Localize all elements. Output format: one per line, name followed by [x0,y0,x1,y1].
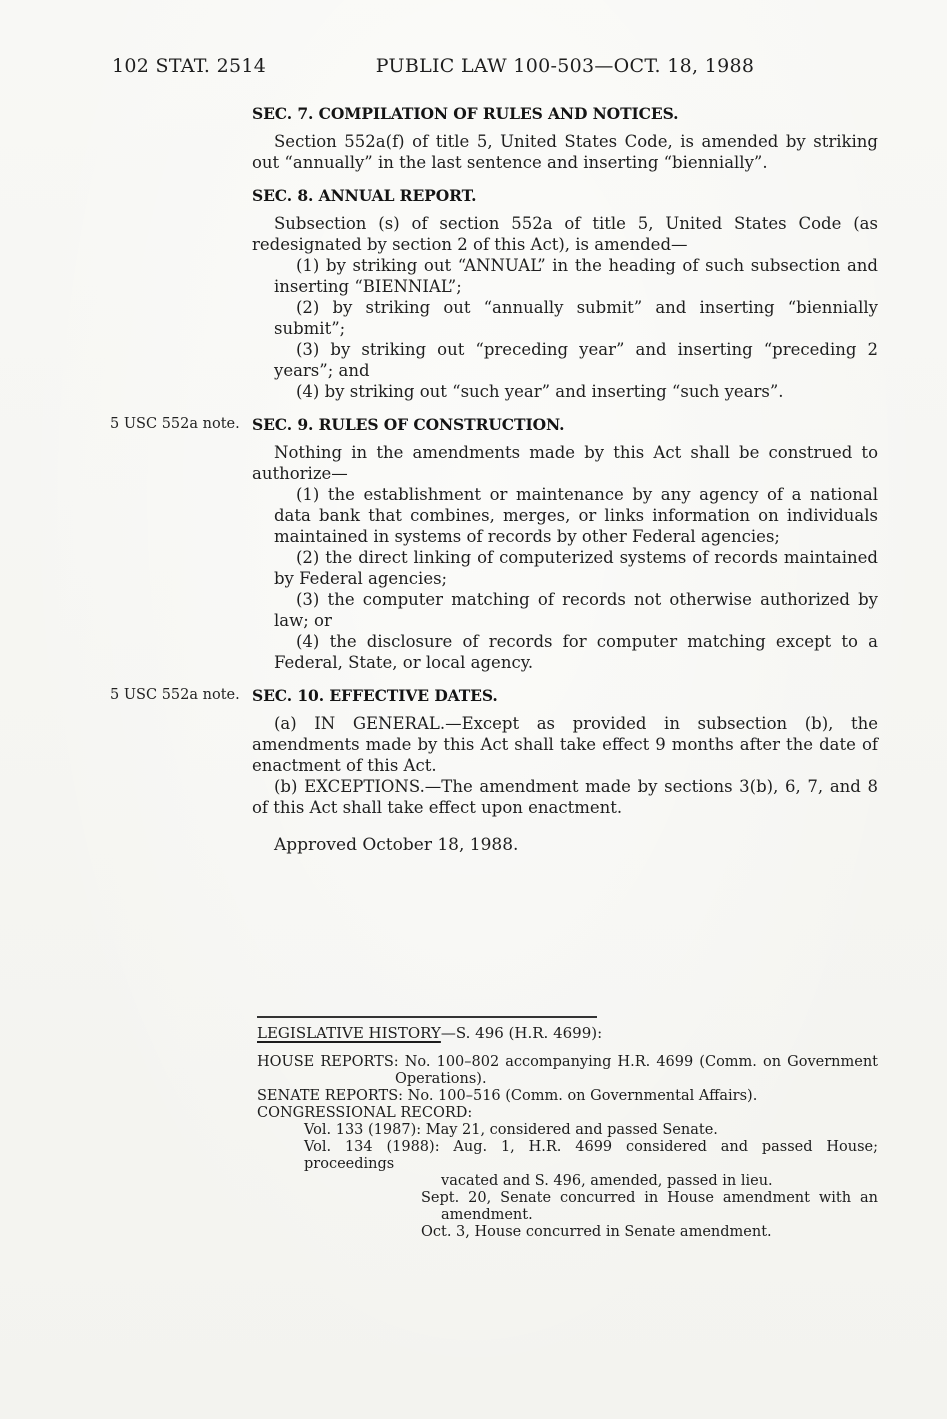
approval-line: Approved October 18, 1988. [252,835,878,855]
list-item: (3) by striking out “preceding year” and… [252,339,878,381]
section-heading: SEC. 7. COMPILATION OF RULES AND NOTICES… [252,104,678,123]
paragraph: Section 552a(f) of title 5, United State… [252,131,878,173]
paragraph: (b) EXCEPTIONS.—The amendment made by se… [252,776,878,818]
record-entry: Vol. 134 (1988): Aug. 1, H.R. 4699 consi… [257,1139,878,1173]
section-heading: SEC. 9. RULES OF CONSTRUCTION. [252,415,564,434]
usc-margin-note: 5 USC 552a note. [110,416,248,432]
congressional-record-label: CONGRESSIONAL RECORD: [257,1105,878,1122]
list-item: (4) by striking out “such year” and inse… [252,381,878,402]
page-header: 102 STAT. 2514 PUBLIC LAW 100-503—OCT. 1… [0,55,947,81]
section-heading: SEC. 10. EFFECTIVE DATES. [252,686,498,705]
usc-margin-note: 5 USC 552a note. [110,687,248,703]
list-item: (4) the disclosure of records for comput… [252,631,878,673]
stat-page-number: 102 STAT. 2514 [112,55,266,77]
list-item: (3) the computer matching of records not… [252,589,878,631]
paragraph: (a) IN GENERAL.—Except as provided in su… [252,713,878,776]
legislative-history-rule [257,1016,597,1018]
statute-page: 102 STAT. 2514 PUBLIC LAW 100-503—OCT. 1… [0,0,947,1419]
legislative-history-title-rest: —S. 496 (H.R. 4699): [441,1024,602,1042]
record-entry: Oct. 3, House concurred in Senate amendm… [257,1224,878,1241]
section-7-heading-row: SEC. 7. COMPILATION OF RULES AND NOTICES… [252,104,878,123]
house-reports-line: HOUSE REPORTS: No. 100–802 accompanying … [257,1054,878,1071]
section-heading: SEC. 8. ANNUAL REPORT. [252,186,476,205]
section-8-heading-row: SEC. 8. ANNUAL REPORT. [252,186,878,205]
legislative-history-title-underlined: LEGISLATIVE HISTORY [257,1024,441,1042]
paragraph: Subsection (s) of section 552a of title … [252,213,878,255]
list-item: (2) by striking out “annually submit” an… [252,297,878,339]
legislative-history-title: LEGISLATIVE HISTORY—S. 496 (H.R. 4699): [257,1025,878,1042]
public-law-running-title: PUBLIC LAW 100-503—OCT. 18, 1988 [252,55,878,77]
record-entry: Sept. 20, Senate concurred in House amen… [257,1190,878,1207]
record-entry: Vol. 133 (1987): May 21, considered and … [257,1122,878,1139]
house-reports-wrap: Operations). [257,1071,878,1088]
legislative-history-block: LEGISLATIVE HISTORY—S. 496 (H.R. 4699): … [257,1016,878,1241]
main-text-column: SEC. 7. COMPILATION OF RULES AND NOTICES… [252,104,878,872]
record-entry-wrap: vacated and S. 496, amended, passed in l… [257,1173,878,1190]
section-10-heading-row: 5 USC 552a note. SEC. 10. EFFECTIVE DATE… [252,686,878,705]
record-entry-wrap: amendment. [257,1207,878,1224]
senate-reports-line: SENATE REPORTS: No. 100–516 (Comm. on Go… [257,1088,878,1105]
paragraph: Nothing in the amendments made by this A… [252,442,878,484]
list-item: (1) by striking out “ANNUAL” in the head… [252,255,878,297]
list-item: (2) the direct linking of computerized s… [252,547,878,589]
list-item: (1) the establishment or maintenance by … [252,484,878,547]
section-9-heading-row: 5 USC 552a note. SEC. 9. RULES OF CONSTR… [252,415,878,434]
